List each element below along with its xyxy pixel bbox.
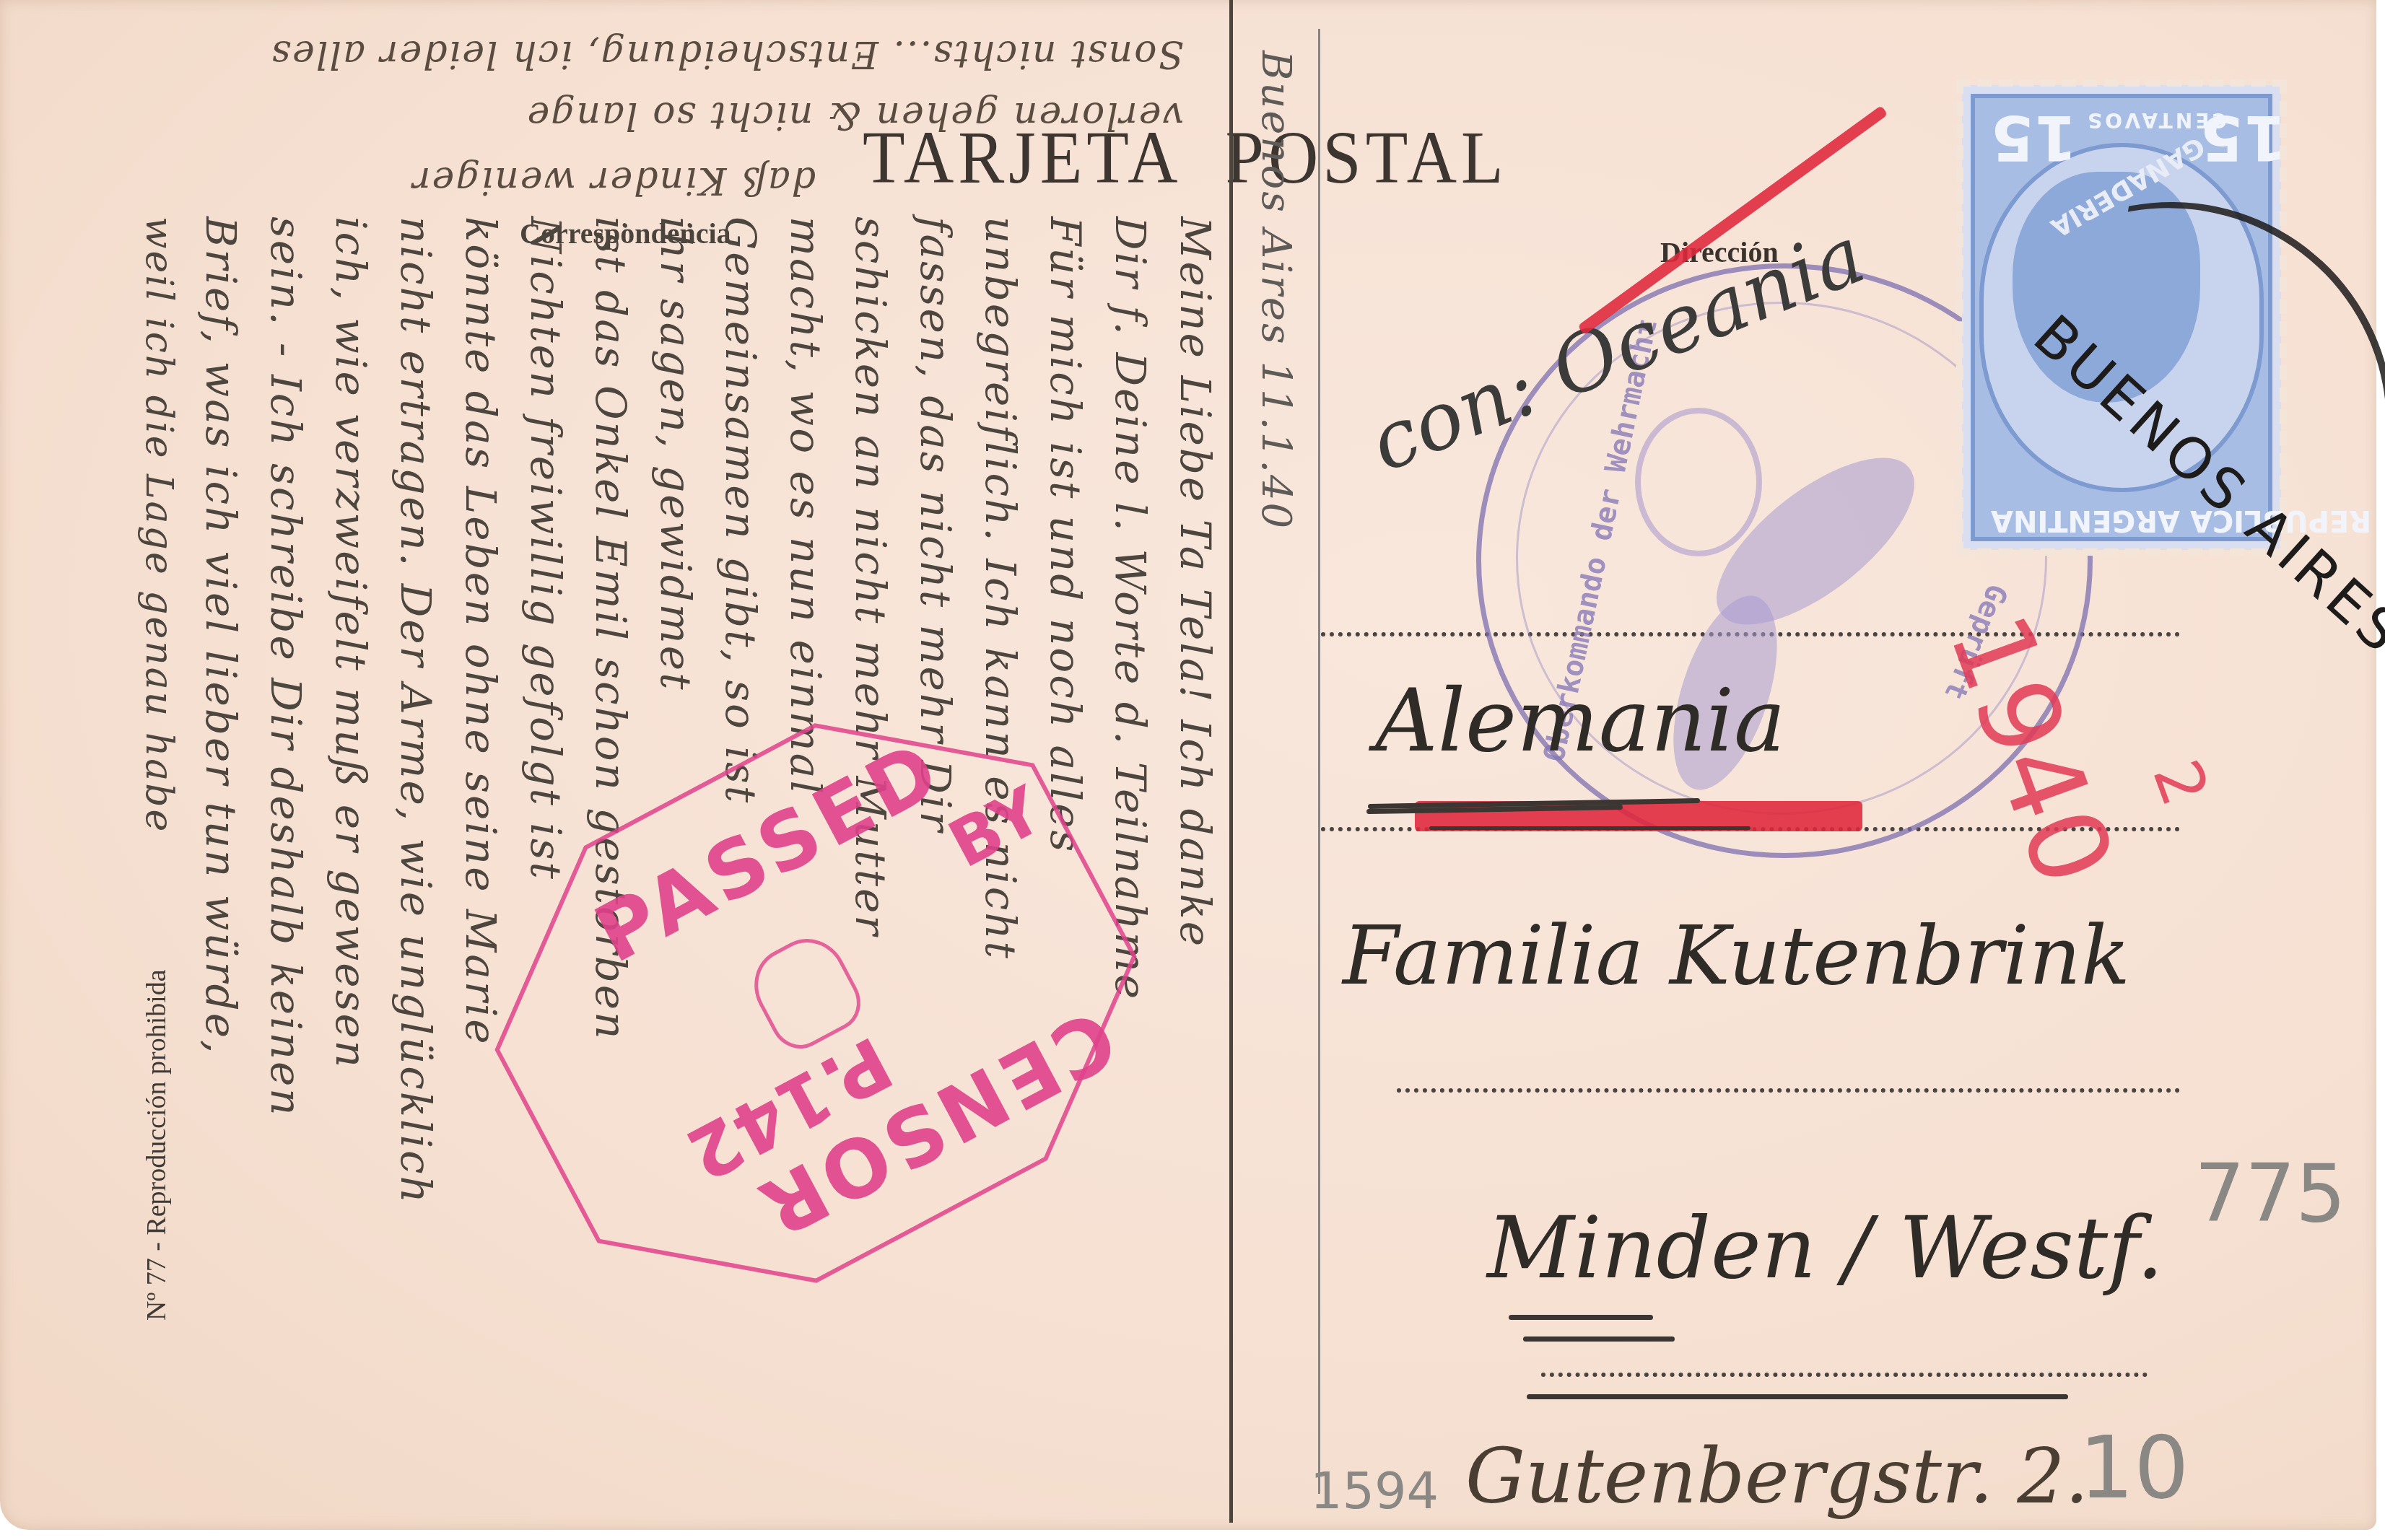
center-divider-line [1229, 0, 1233, 1523]
letter-upside-line: verloren gehen & nicht so lange [526, 94, 1184, 137]
letter-line: Brief, was ich viel lieber tun würde, [196, 216, 245, 1055]
stamp-value-right: 15 [2200, 101, 2287, 173]
pencil-note-10: 10 [2079, 1418, 2189, 1518]
address-country: Alemania [1375, 671, 1786, 771]
letter-line: Nichten freiwillig gefolgt ist [521, 216, 570, 881]
city-underline-2 [1523, 1336, 1675, 1342]
letter-line: ich, wie verzweifelt muß er gewesen [326, 216, 375, 1069]
handwritten-divider-line [1318, 29, 1320, 1494]
letter-line: ihr sagen, gewidmet [651, 216, 700, 692]
address-dotted-line-3 [1397, 1088, 2180, 1093]
city-underline-3 [1527, 1394, 2068, 1399]
letter-line: Für mich ist und noch alles [1041, 216, 1090, 854]
letter-line: weil ich die Lage genau habe [137, 216, 180, 834]
letter-line: Gemeinsamen gibt, so ist [716, 216, 765, 805]
letter-line: Dir f. Deine l. Worte d. Teilnahme [1106, 216, 1155, 1001]
address-recipient-first: Familia Kutenbrink [1343, 909, 2130, 1003]
letter-upside-line: daß Kinder weniger [411, 159, 816, 202]
letter-line: nicht ertragen. Der Arme, wie unglücklic… [391, 216, 440, 1205]
side-imprint: Nº 77 - Reproducción prohibida [141, 969, 173, 1321]
address-city: Minden / Westf. [1487, 1198, 2163, 1298]
city-underline-1 [1509, 1315, 1653, 1320]
postcard: TARJETAPOSTAL Correspondencia Dirección … [0, 0, 2376, 1530]
pencil-note-1594: 1594 [1310, 1461, 1439, 1521]
pencil-note-775: 775 [2194, 1147, 2346, 1240]
address-recipient: Familia Kutenbrink [1343, 909, 2130, 1003]
letter-line: sein. - Ich schreibe Dir deshalb keinen [261, 216, 310, 1118]
letter-header-date: Buenos Aires 11.1.40 [1252, 51, 1299, 530]
stamp-value-left: 15 [1991, 101, 2077, 173]
swastika-emblem-icon [1635, 408, 1762, 556]
letter-line: macht, wo es nun einmal [781, 216, 830, 796]
address-dotted-line-4 [1541, 1373, 2148, 1377]
address-street: Gutenbergstr. 2. [1465, 1432, 2089, 1521]
letter-line: Meine Liebe Ta Tela! Ich danke [1171, 216, 1220, 948]
ink-underline-2 [1429, 826, 1750, 830]
red-pencil-suffix: 2 [2137, 751, 2223, 815]
letter-upside-line: Sonst nichts... Entscheidung, ich leider… [270, 32, 1184, 76]
